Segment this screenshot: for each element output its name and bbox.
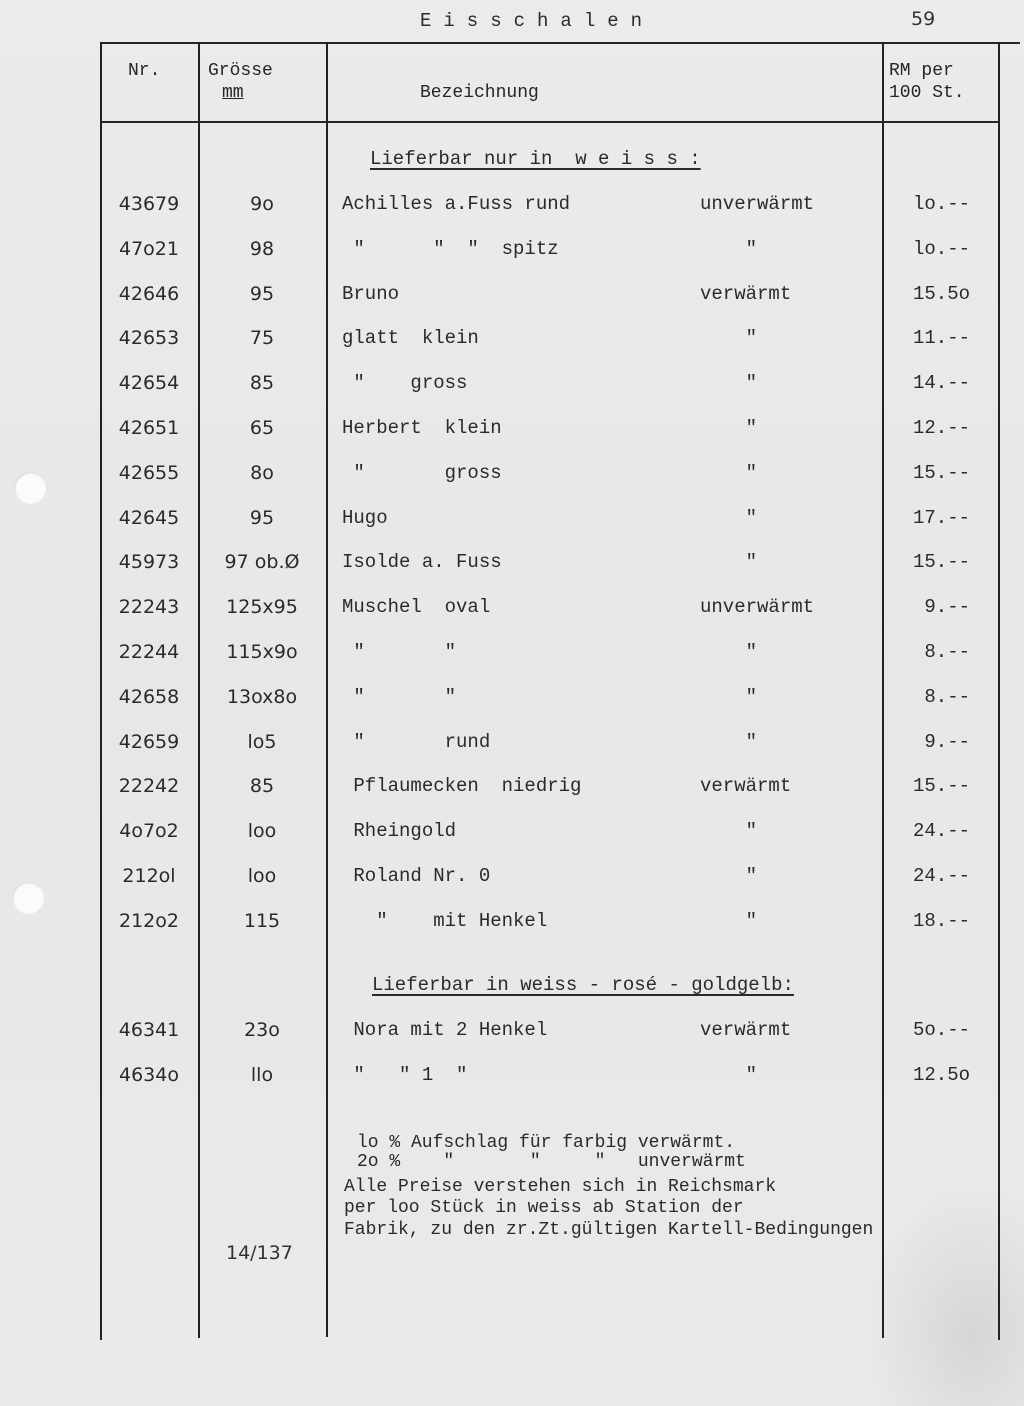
item-size: 95 [198,282,326,306]
item-heating: verwärmt [700,774,791,798]
item-size: 85 [198,774,326,798]
item-price: 15.5o [882,282,998,306]
footnote-terms-2: per loo Stück in weiss ab Station der [344,1199,744,1218]
item-number: 42655 [100,461,198,485]
item-price: 24.-- [882,819,998,843]
item-price: 5o.-- [882,1018,998,1042]
reference-code: 14/137 [226,1242,293,1264]
item-price: lo.-- [882,192,998,216]
item-number: 45973 [100,550,198,574]
item-heating: " [700,326,757,350]
item-description: Achilles a.Fuss rund [342,192,570,216]
item-number: 42659 [100,730,198,754]
footnote-terms-3: Fabrik, zu den zr.Zt.gültigen Kartell-Be… [344,1221,873,1240]
item-size: lo5 [198,730,326,754]
item-number: 47o21 [100,237,198,261]
item-number: 42654 [100,371,198,395]
item-number: 4634o [100,1063,198,1087]
item-description: " mit Henkel [342,909,547,933]
item-description: Rheingold [342,819,456,843]
item-size: 115 [198,909,326,933]
header-nr: Nr. [128,60,160,82]
item-description: " gross [342,461,502,485]
item-heating: " [700,237,757,261]
header-price-line1: RM per [889,60,954,82]
item-heating: verwärmt [700,1018,791,1042]
item-number: 43679 [100,192,198,216]
item-description: Pflaumecken niedrig [342,774,581,798]
item-price: 15.-- [882,550,998,574]
item-size: 75 [198,326,326,350]
item-size: 23o [198,1018,326,1042]
column-divider [326,42,328,1337]
item-size: 9o [198,192,326,216]
section-heading: Lieferbar nur in w e i s s : [370,148,701,170]
item-price: 8.-- [882,640,998,664]
header-size-line2: mm [222,82,244,104]
item-number: 22244 [100,640,198,664]
item-heating: " [700,640,757,664]
item-heating: " [700,864,757,888]
item-number: 4o7o2 [100,819,198,843]
item-number: 42645 [100,506,198,530]
item-number: 42653 [100,326,198,350]
item-description: Nora mit 2 Henkel [342,1018,547,1042]
item-price: 24.-- [882,864,998,888]
item-description: Roland Nr. 0 [342,864,490,888]
item-description: " gross [342,371,467,395]
footnote-surcharge-1: lo % Aufschlag für farbig verwärmt. [357,1134,735,1153]
item-heating: " [700,461,757,485]
footnote-terms-1: Alle Preise verstehen sich in Reichsmark [344,1178,776,1197]
item-price: 12.-- [882,416,998,440]
item-description: " rund [342,730,490,754]
item-heating: " [700,371,757,395]
item-heating: " [700,1063,757,1087]
item-price: 11.-- [882,326,998,350]
item-number: 22242 [100,774,198,798]
item-price: 8.-- [882,685,998,709]
item-description: Muschel oval [342,595,490,619]
item-description: " " [342,685,456,709]
item-description: Isolde a. Fuss [342,550,502,574]
page-number: 59 [911,8,935,30]
item-price: 12.5o [882,1063,998,1087]
header-size-line1: Grösse [208,60,273,82]
item-heating: " [700,730,757,754]
header-price-line2: 100 St. [889,82,965,104]
item-heating: " [700,550,757,574]
item-description: Hugo [342,506,388,530]
punch-hole-top [14,472,46,504]
item-heating: " [700,416,757,440]
item-description: glatt klein [342,326,479,350]
column-divider [998,42,1000,1340]
item-heating: " [700,685,757,709]
item-size: 85 [198,371,326,395]
item-size: 97 ob.Ø [198,550,326,574]
header-bottom-border [100,121,1000,123]
item-heating: verwärmt [700,282,791,306]
item-price: 15.-- [882,774,998,798]
item-size: loo [198,819,326,843]
item-number: 42646 [100,282,198,306]
item-size: 8o [198,461,326,485]
item-description: " " 1 " [342,1063,467,1087]
item-number: 42658 [100,685,198,709]
item-number: 46341 [100,1018,198,1042]
item-description: Herbert klein [342,416,502,440]
item-description: " " " spitz [342,237,559,261]
item-size: 98 [198,237,326,261]
section-heading: Lieferbar in weiss - rosé - goldgelb: [372,974,794,996]
item-heating: " [700,506,757,530]
item-price: 15.-- [882,461,998,485]
header-description: Bezeichnung [420,82,539,104]
item-description: " " [342,640,456,664]
item-heating: unverwärmt [700,595,814,619]
item-heating: " [700,819,757,843]
item-price: 17.-- [882,506,998,530]
punch-hole-bottom [12,882,44,914]
item-size: 65 [198,416,326,440]
item-number: 212ol [100,864,198,888]
item-price: 18.-- [882,909,998,933]
item-number: 22243 [100,595,198,619]
item-description: Bruno [342,282,399,306]
item-size: 125x95 [198,595,326,619]
item-size: llo [198,1063,326,1087]
item-price: lo.-- [882,237,998,261]
item-size: loo [198,864,326,888]
item-number: 42651 [100,416,198,440]
item-size: 115x9o [198,640,326,664]
item-size: 13ox8o [198,685,326,709]
page-title: Eisschalen [420,10,654,32]
item-price: 9.-- [882,595,998,619]
item-price: 14.-- [882,371,998,395]
item-size: 95 [198,506,326,530]
footnote-surcharge-2: 2o % " " " unverwärmt [357,1153,746,1172]
item-price: 9.-- [882,730,998,754]
item-number: 212o2 [100,909,198,933]
item-heating: unverwärmt [700,192,814,216]
item-heating: " [700,909,757,933]
